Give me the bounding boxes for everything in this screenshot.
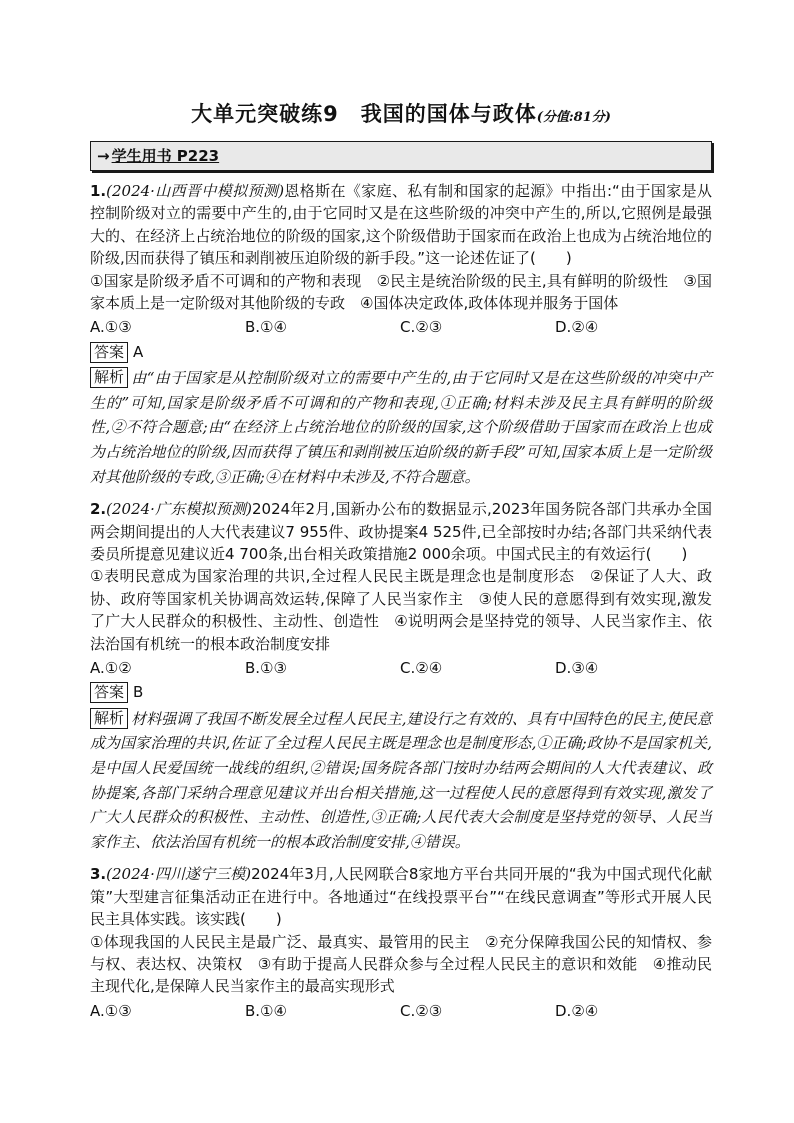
question-block-2: 2.(2024·广东模拟预测)2024年2月,国新办公布的数据显示,2023年国… [90, 498, 712, 854]
answer-row: 答案 A [90, 341, 712, 363]
right-arrow-icon: → [97, 147, 110, 165]
choice-d: D.②④ [555, 316, 710, 338]
choice-b: B.①④ [245, 1000, 400, 1022]
choice-d: D.③④ [555, 657, 710, 679]
worksheet-page: 大单元突破练9 我国的国体与政体(分值:81分) →学生用书 P223 1.(2… [0, 0, 794, 1123]
analysis-text: 由“由于国家是从控制阶级对立的需要中产生的,由于它同时又是在这些阶级的冲突中产生… [90, 369, 712, 485]
reference-banner: →学生用书 P223 [90, 141, 712, 171]
question-source: (2024·四川遂宁三模) [106, 865, 251, 883]
content-area: 大单元突破练9 我国的国体与政体(分值:81分) →学生用书 P223 1.(2… [0, 0, 794, 1022]
choice-b: B.①④ [245, 316, 400, 338]
answer-tag: 答案 [90, 682, 128, 703]
choice-c: C.②④ [400, 657, 555, 679]
question-source: (2024·广东模拟预测) [106, 500, 252, 518]
choice-a: A.①③ [90, 316, 245, 338]
question-stem: 3.(2024·四川遂宁三模)2024年3月,人民网联合8家地方平台共同开展的“… [90, 863, 712, 930]
question-items: ①国家是阶级矛盾不可调和的产物和表现 ②民主是统治阶级的民主,具有鲜明的阶级性 … [90, 270, 712, 315]
banner-label: 学生用书 P223 [112, 147, 220, 165]
analysis-paragraph: 解析由“由于国家是从控制阶级对立的需要中产生的,由于它同时又是在这些阶级的冲突中… [90, 366, 712, 489]
question-stem: 2.(2024·广东模拟预测)2024年2月,国新办公布的数据显示,2023年国… [90, 498, 712, 565]
answer-tag: 答案 [90, 342, 128, 363]
choice-c: C.②③ [400, 1000, 555, 1022]
answer-row: 答案 B [90, 681, 712, 703]
answer-value: A [133, 341, 143, 363]
question-stem: 1.(2024·山西晋中模拟预测)恩格斯在《家庭、私有制和国家的起源》中指出:“… [90, 180, 712, 270]
choices-row: A.①③ B.①④ C.②③ D.②④ [90, 316, 712, 338]
page-title-text: 大单元突破练9 我国的国体与政体 [191, 102, 537, 126]
analysis-text: 材料强调了我国不断发展全过程人民民主,建设行之有效的、具有中国特色的民主,使民意… [90, 710, 712, 851]
page-title: 大单元突破练9 我国的国体与政体(分值:81分) [90, 98, 712, 128]
question-number: 1. [90, 182, 106, 200]
choice-b: B.①③ [245, 657, 400, 679]
choices-row: A.①③ B.①④ C.②③ D.②④ [90, 1000, 712, 1022]
question-block-1: 1.(2024·山西晋中模拟预测)恩格斯在《家庭、私有制和国家的起源》中指出:“… [90, 180, 712, 489]
analysis-tag: 解析 [90, 367, 128, 388]
choice-a: A.①② [90, 657, 245, 679]
question-number: 3. [90, 865, 106, 883]
choice-a: A.①③ [90, 1000, 245, 1022]
question-number: 2. [90, 500, 106, 518]
question-items: ①表明民意成为国家治理的共识,全过程人民民主既是理念也是制度形态 ②保证了人大、… [90, 565, 712, 655]
question-items: ①体现我国的人民民主是最广泛、最真实、最管用的民主 ②充分保障我国公民的知情权、… [90, 931, 712, 998]
answer-value: B [133, 681, 143, 703]
analysis-paragraph: 解析材料强调了我国不断发展全过程人民民主,建设行之有效的、具有中国特色的民主,使… [90, 707, 712, 855]
choice-c: C.②③ [400, 316, 555, 338]
question-block-3: 3.(2024·四川遂宁三模)2024年3月,人民网联合8家地方平台共同开展的“… [90, 863, 712, 1022]
score-note: (分值:81分) [537, 110, 611, 125]
choices-row: A.①② B.①③ C.②④ D.③④ [90, 657, 712, 679]
choice-d: D.②④ [555, 1000, 710, 1022]
question-source: (2024·山西晋中模拟预测) [106, 182, 284, 200]
analysis-tag: 解析 [90, 708, 128, 729]
